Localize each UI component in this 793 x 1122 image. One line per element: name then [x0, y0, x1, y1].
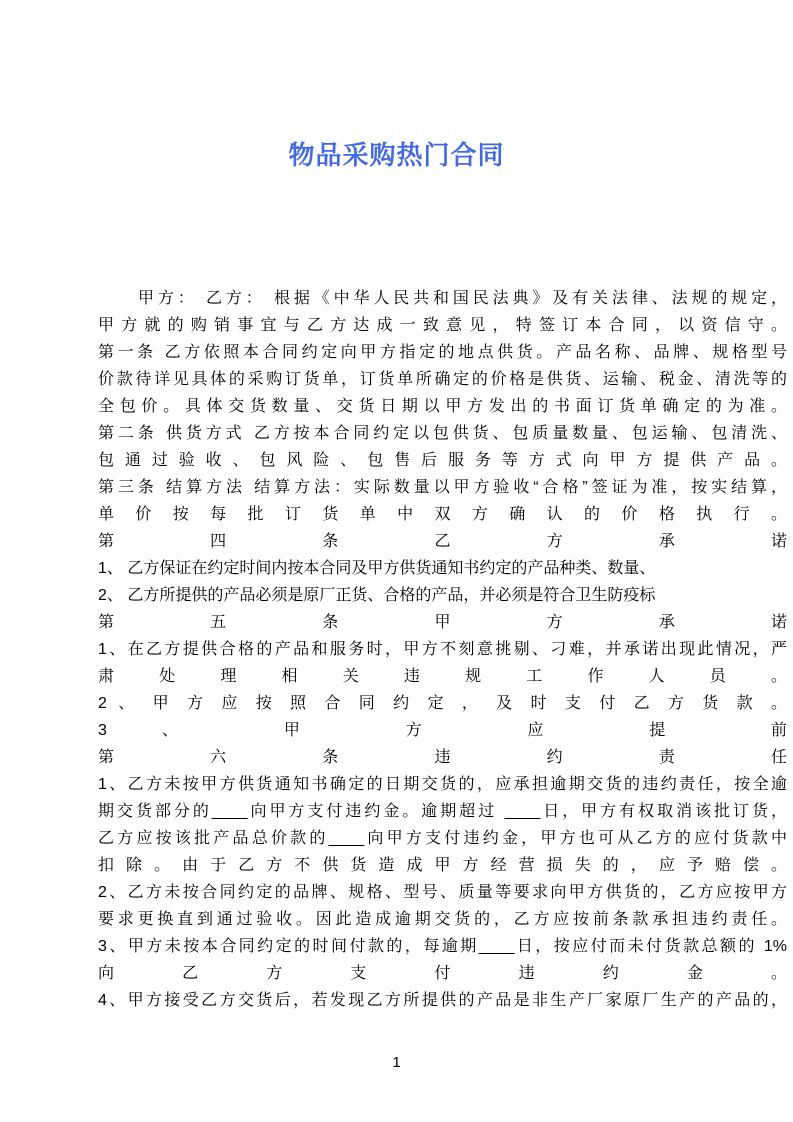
document-line: 3、甲方未按本合同约定的时间付款的，每逾期____日，按应付而未付货款总额的 1…: [98, 933, 787, 960]
document-title: 物品采购热门合同: [0, 138, 793, 172]
document-body: 甲方： 乙方： 根据《中华人民共和国民法典》及有关法律、法规的规定， 甲 方 就…: [0, 285, 793, 1014]
document-line: 第 四 条 乙 方 承 诺: [98, 528, 787, 555]
document-line: 价款待详见具体的采购订货单，订货单所确定的价格是供货、运输、税金、清洗等的: [98, 366, 787, 393]
document-line: 全 包 价 。 具 体 交 货 数 量 、 交 货 日 期 以 甲 方 发 出 …: [98, 393, 787, 420]
document-line: 乙方应按该批产品总价款的____向甲方支付违约金，甲方也可从乙方的应付货款中: [98, 825, 787, 852]
document-line: 2 、 甲 方 应 按 照 合 同 约 定 ， 及 时 支 付 乙 方 货 款 …: [98, 690, 787, 717]
document-line: 单 价 按 每 批 订 货 单 中 双 方 确 认 的 价 格 执 行 。: [98, 501, 787, 528]
document-line: 1、乙方未按甲方供货通知书确定的日期交货的，应承担逾期交货的违约责任，按全逾: [98, 771, 787, 798]
page-number: 1: [0, 1054, 793, 1072]
document-line: 2、乙方未按合同约定的品牌、规格、型号、质量等要求向甲方供货的，乙方应按甲方: [98, 879, 787, 906]
document-line: 甲 方 就 的 购 销 事 宜 与 乙 方 达 成 一 致 意 见 ， 特 签 …: [98, 312, 787, 339]
document-line: 第三条 结算方法 结算方法：实际数量以甲方验收“合格”签证为准，按实结算，: [98, 474, 787, 501]
document-line: 第 六 条 违 约 责 任: [98, 744, 787, 771]
document-line: 期交货部分的____向甲方支付违约金。逾期超过 ____日，甲方有权取消该批订货…: [98, 798, 787, 825]
document-line: 第一条 乙方依照本合同约定向甲方指定的地点供货。产品名称、品牌、规格型号: [98, 339, 787, 366]
document-line: 4、甲方接受乙方交货后，若发现乙方所提供的产品是非生产厂家原厂生产的产品的，: [98, 987, 787, 1014]
document-line: 3 、 甲 方 应 提 前: [98, 717, 787, 744]
document-line: 肃 处 理 相 关 违 规 工 作 人 员 。: [98, 663, 787, 690]
document-line: 第二条 供货方式 乙方按本合同约定以包供货、包质量数量、包运输、包清洗、: [98, 420, 787, 447]
document-line: 向 乙 方 支 付 违 约 金 。: [98, 960, 787, 987]
document-line: 甲方： 乙方： 根据《中华人民共和国民法典》及有关法律、法规的规定，: [98, 285, 787, 312]
document-page: 物品采购热门合同 甲方： 乙方： 根据《中华人民共和国民法典》及有关法律、法规的…: [0, 0, 793, 1122]
document-line: 第 五 条 甲 方 承 诺: [98, 609, 787, 636]
document-line: 1、 乙方保证在约定时间内按本合同及甲方供货通知书约定的产品种类、数量、: [98, 555, 787, 582]
document-line: 2、 乙方所提供的产品必须是原厂正货、合格的产品，并必须是符合卫生防疫标: [98, 582, 787, 609]
document-line: 扣 除 。 由 于 乙 方 不 供 货 造 成 甲 方 经 营 损 失 的 ， …: [98, 852, 787, 879]
document-line: 包 通 过 验 收 、 包 风 险 、 包 售 后 服 务 等 方 式 向 甲 …: [98, 447, 787, 474]
document-line: 1、在乙方提供合格的产品和服务时，甲方不刻意挑剔、刁难，并承诺出现此情况，严: [98, 636, 787, 663]
document-line: 要求更换直到通过验收。因此造成逾期交货的，乙方应按前条款承担违约责任。: [98, 906, 787, 933]
